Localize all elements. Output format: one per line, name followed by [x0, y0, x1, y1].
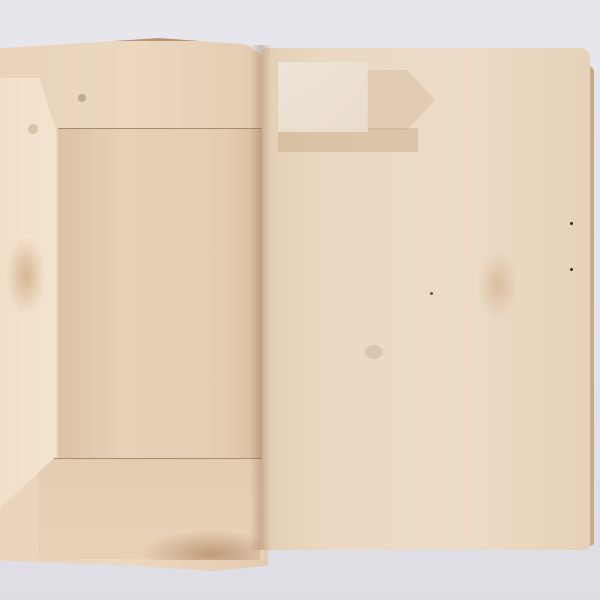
foxing-spot [570, 268, 573, 271]
envelope-stain [6, 236, 46, 316]
cover-pocket [58, 128, 264, 459]
foxing-spot [430, 292, 433, 295]
book-gutter [250, 45, 272, 550]
foxing-spot [478, 250, 518, 320]
foxing-spot [570, 222, 573, 225]
water-stain [140, 530, 260, 560]
bookplate-residue [278, 62, 368, 132]
foxing-spot [28, 124, 38, 134]
foxing-spot [365, 345, 383, 359]
foxing-spot [78, 94, 86, 102]
